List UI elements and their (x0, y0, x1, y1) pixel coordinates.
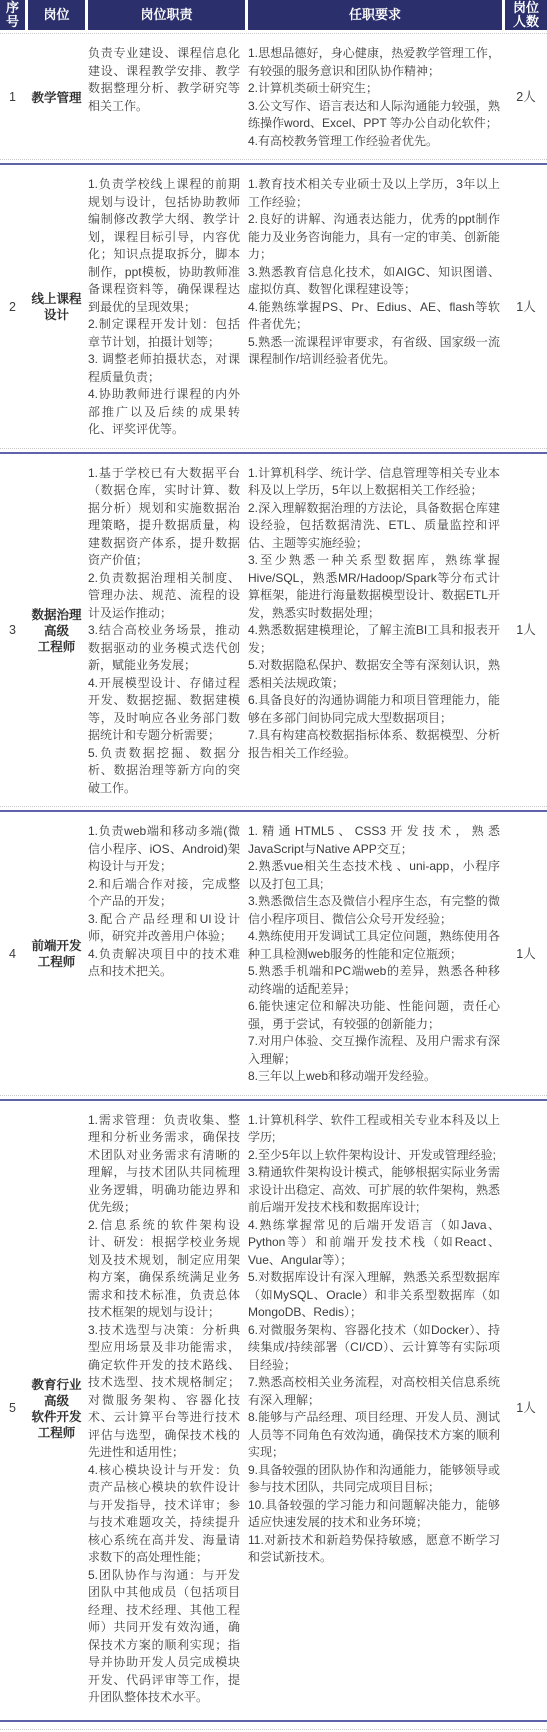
position-headcount: 1人 (505, 299, 547, 317)
position-headcount: 1人 (505, 622, 547, 640)
position-duties: 1.需求管理：负责收集、整理和分析业务需求，确保技术团队对业务需求有清晰的理解，… (88, 1112, 245, 1707)
table-header-row: 序 号 岗位 岗位职责 任职要求 岗位 人数 (0, 0, 547, 30)
header-cell-no: 序 号 (0, 0, 25, 30)
position-name: 前端开发 工程师 (28, 938, 85, 970)
table-body: 1 教学管理 负责专业建设、课程信息化建设、课程教学安排、教学数据整理分析、教学… (0, 34, 547, 1720)
position-headcount: 1人 (505, 1400, 547, 1418)
row-number: 5 (0, 1400, 25, 1418)
position-requirements: 1.计算机科学、软件工程或相关专业本科及以上学历; 2.至少5年以上软件架构设计… (248, 1112, 502, 1567)
position-headcount: 1人 (505, 946, 547, 964)
position-name: 线上课程 设计 (28, 291, 85, 323)
row-number: 2 (0, 299, 25, 317)
table-row: 3 数据治理 高级 工程师 1.基于学校已有大数据平台（数据仓库，实时计算、数据… (0, 452, 547, 811)
position-requirements: 1.思想品德好，身心健康，热爱教学管理工作，有较强的服务意识和团队协作精神； 2… (248, 45, 502, 150)
header-cell-count: 岗位 人数 (505, 0, 547, 30)
row-number: 4 (0, 946, 25, 964)
table-row: 4 前端开发 工程师 1.负责web端和移动多端(微信小程序、iOS、Andro… (0, 810, 547, 1099)
position-requirements: 1.教育技术相关专业硕士及以上学历，3年以上工作经验； 2.良好的讲解、沟通表达… (248, 176, 502, 369)
position-duties: 负责专业建设、课程信息化建设、课程教学安排、教学数据整理分析、教学研究等相关工作… (88, 45, 245, 115)
position-name: 数据治理 高级 工程师 (28, 607, 85, 655)
table-row: 2 线上课程 设计 1.负责学校线上课程的前期规划与设计，包括协助教师编制修改教… (0, 163, 547, 452)
position-name: 教育行业 高级 软件开发 工程师 (28, 1377, 85, 1441)
position-duties: 1.负责学校线上课程的前期规划与设计，包括协助教师编制修改教学大纲、教学计划，课… (88, 176, 245, 439)
row-number: 3 (0, 622, 25, 640)
position-headcount: 2人 (505, 89, 547, 107)
header-cell-requirements: 任职要求 (248, 0, 502, 30)
table-row: 5 教育行业 高级 软件开发 工程师 1.需求管理：负责收集、整理和分析业务需求… (0, 1099, 547, 1720)
position-duties: 1.基于学校已有大数据平台（数据仓库，实时计算、数据分析）规划和实施数据治理策略… (88, 465, 245, 798)
recruitment-positions-table: 序 号 岗位 岗位职责 任职要求 岗位 人数 1 教学管理 负责专业建设、课程信… (0, 0, 547, 1732)
bottom-whitespace (0, 1722, 547, 1732)
position-name: 教学管理 (28, 90, 85, 106)
position-requirements: 1.计算机科学、统计学、信息管理等相关专业本科及以上学历，5年以上数据相关工作经… (248, 465, 502, 763)
row-number: 1 (0, 89, 25, 107)
position-requirements: 1.精通HTML5、CSS3开发技术，熟悉JavaScript与Native A… (248, 823, 502, 1086)
position-duties: 1.负责web端和移动多端(微信小程序、iOS、Android)架构设计与开发；… (88, 823, 245, 981)
table-row: 1 教学管理 负责专业建设、课程信息化建设、课程教学安排、教学数据整理分析、教学… (0, 34, 547, 163)
table-bottom-divider (0, 1720, 547, 1722)
header-cell-duties: 岗位职责 (88, 0, 245, 30)
header-cell-position: 岗位 (28, 0, 85, 30)
